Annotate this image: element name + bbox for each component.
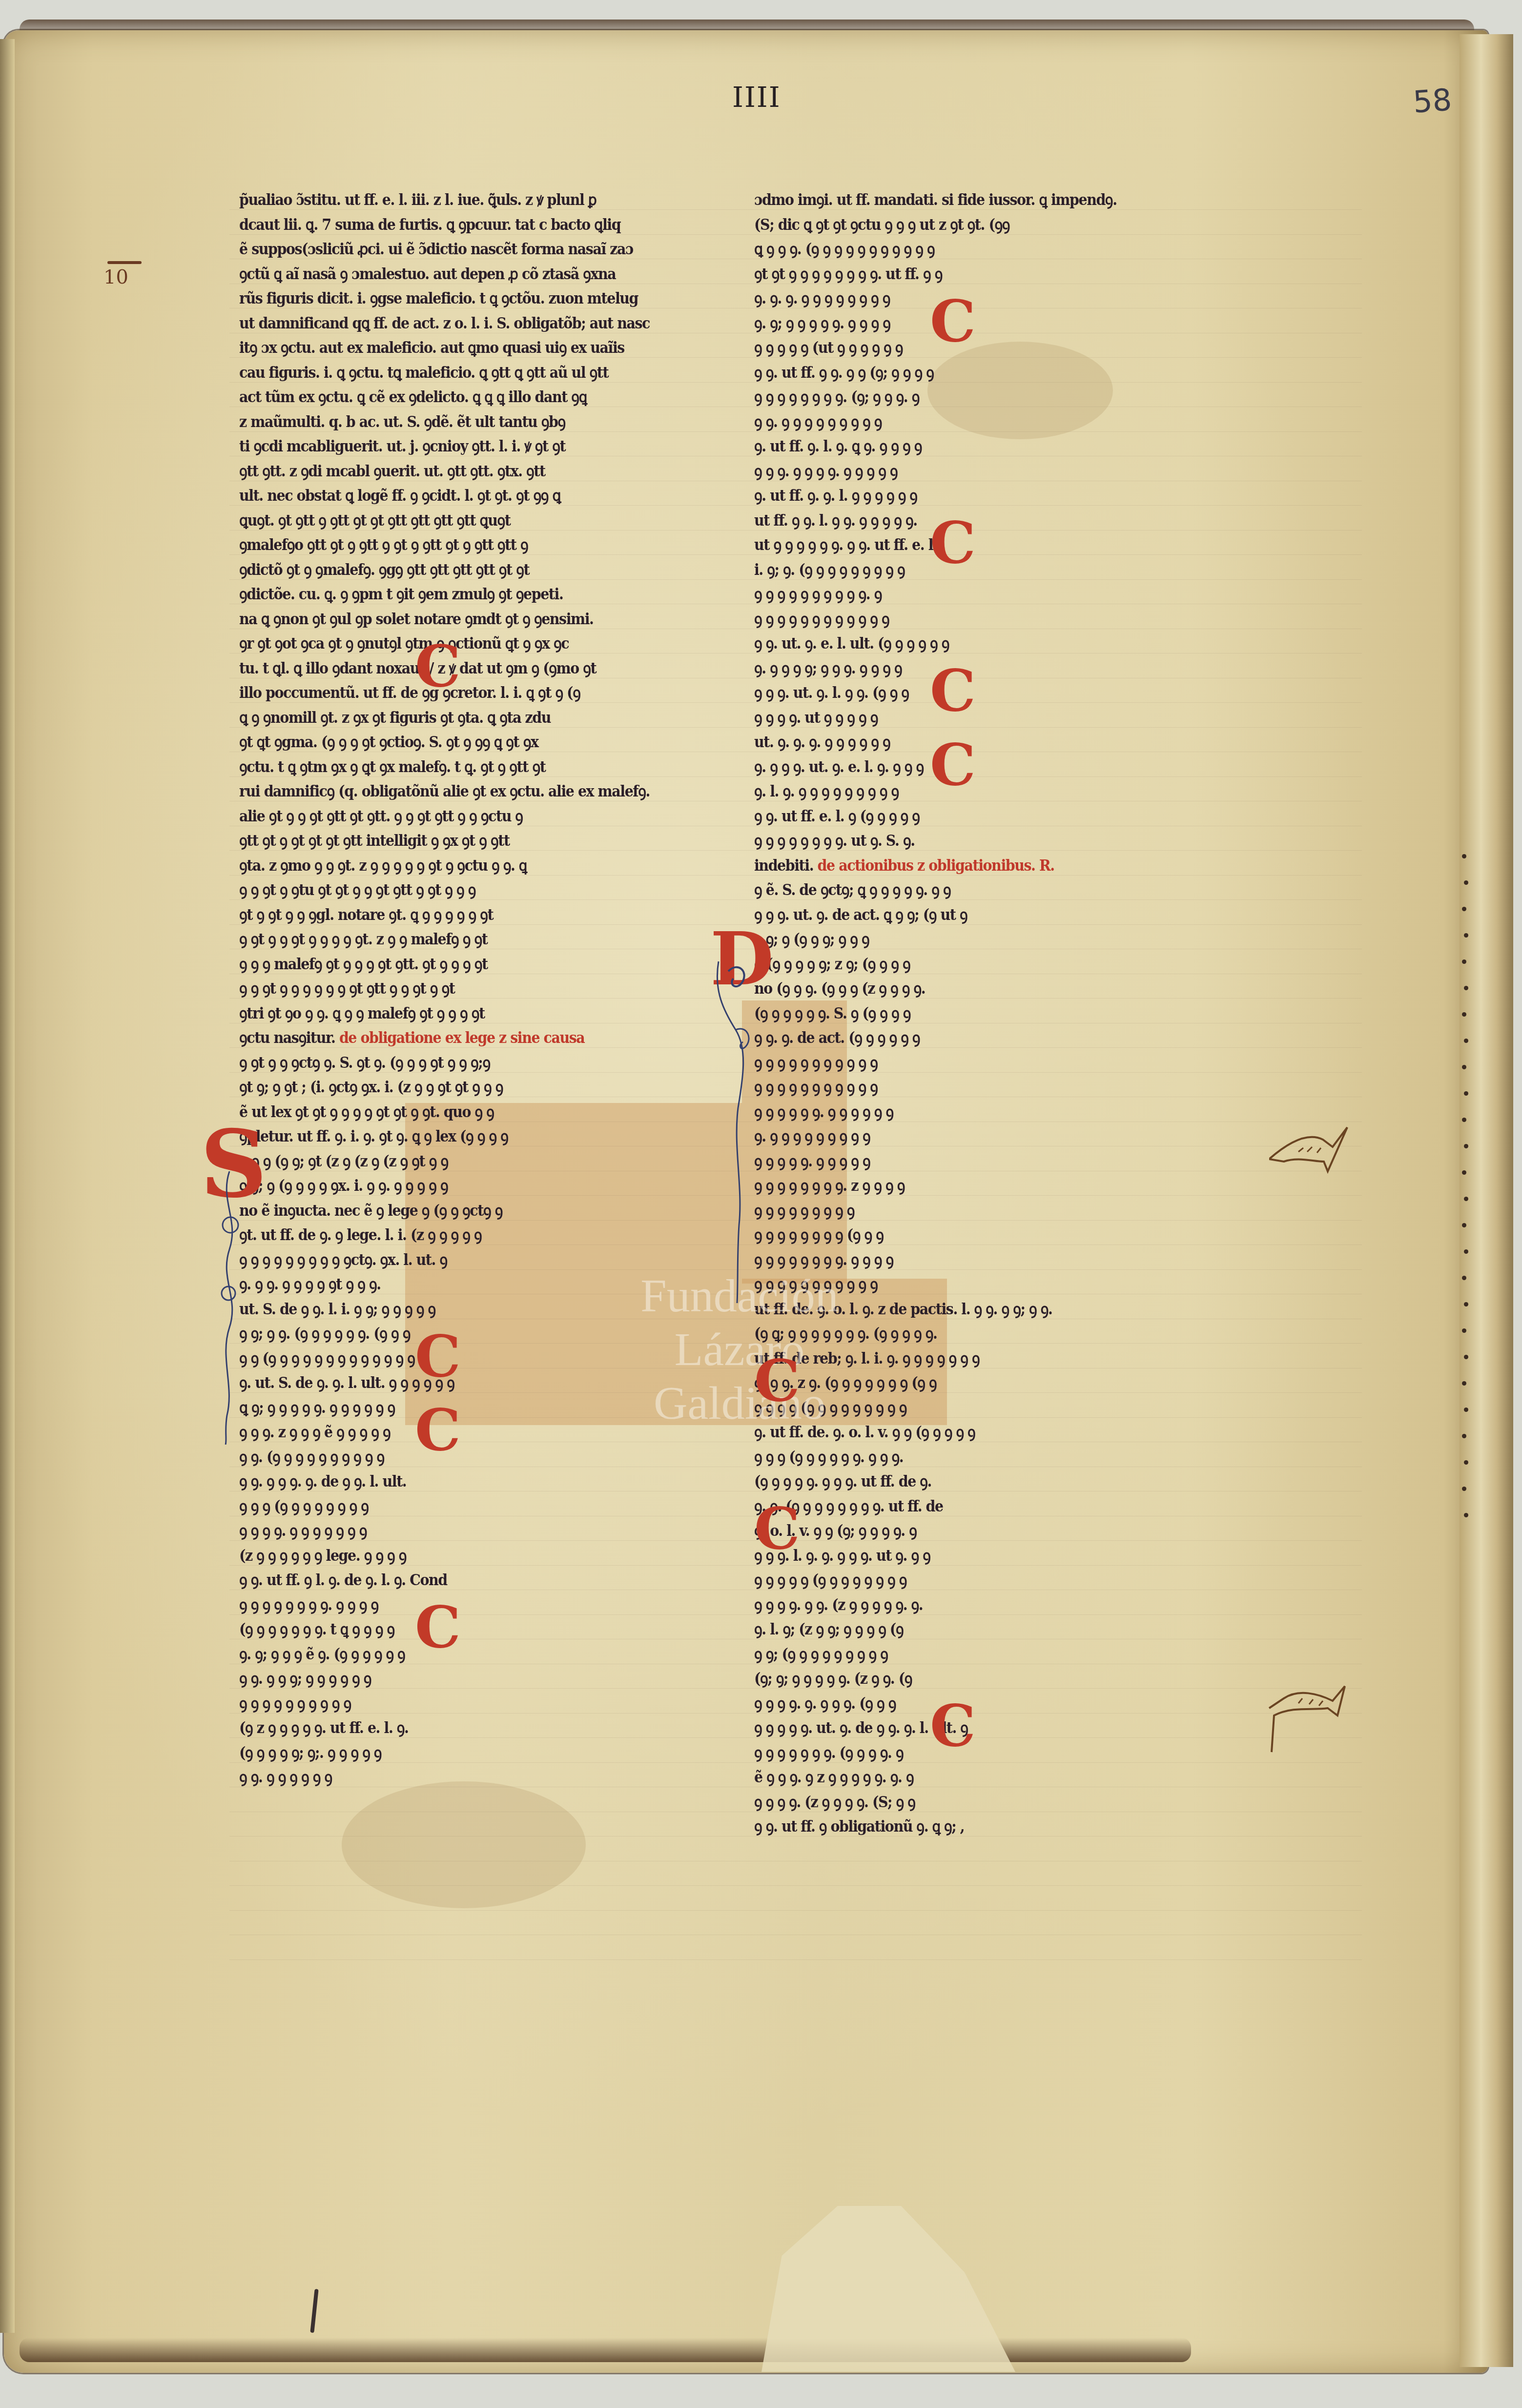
red-initial-c: C	[415, 642, 461, 691]
text-line: i. ꝯ; ꝯ. (ꝯ ꝯ ꝯ ꝯ ꝯ ꝯ ꝯ ꝯ ꝯ	[754, 558, 1302, 583]
text-line: ꝯ ꝯ ꝯ. ꝯ ꝯ ꝯ ꝯ. ꝯ ꝯ ꝯ ꝯ ꝯ	[754, 459, 1302, 484]
manicule-pointing-hand-icon	[1269, 1113, 1367, 1181]
text-line: ꝯ. ꝯ. ꝯ. ꝯ ꝯ ꝯ ꝯ ꝯ ꝯ ꝯ ꝯ	[754, 286, 1302, 311]
pricking-dot	[1462, 1276, 1466, 1280]
text-line: ꝯ ꝯ ꝯt ꝯ ꝯtu ꝯt ꝯt ꝯ ꝯ ꝯt ꝯtt ꝯ ꝯt ꝯ ꝯ ꝯ	[239, 878, 697, 903]
pricking-dot	[1464, 880, 1468, 885]
pricking-dot	[1462, 1328, 1466, 1333]
text-line: ꝯtri ꝯt ꝯo ꝯ ꝯ. ꝗ ꝯ ꝯ malefꝯ ꝯt ꝯ ꝯ ꝯ ꝯt	[239, 1001, 697, 1026]
text-line: ꝯ ẽ. S. de ꝯctꝯ; ꝗ ꝯ ꝯ ꝯ ꝯ ꝯ. ꝯ ꝯ	[754, 878, 1302, 903]
text-line: alie ꝯt ꝯ ꝯ ꝯt ꝯtt ꝯt ꝯtt. ꝯ ꝯ ꝯt ꝯtt ꝯ …	[239, 804, 697, 829]
text-line: ꝯ. l. ꝯ; (z ꝯ ꝯ; ꝯ ꝯ ꝯ ꝯ (ꝯ	[754, 1617, 1302, 1642]
blue-flourish-icon	[200, 1171, 259, 1445]
text-line: (ꝯ ꝯ ꝯ ꝯ ꝯ. ꝯ ꝯ ꝯ. ut ff. de ꝯ.	[754, 1469, 1302, 1494]
text-line: ꝯ. ꝯ ꝯ ꝯ. ut. ꝯ. e. l. ꝯ. ꝯ ꝯ ꝯ	[754, 755, 1302, 780]
text-line: no ẽ inꝯucta. nec ẽ ꝯ lege ꝯ (ꝯ ꝯ ꝯctꝯ ꝯ	[239, 1199, 697, 1224]
gutter-left	[0, 39, 15, 2333]
text-line: ꝯ. ꝯ. (ꝯ ꝯ ꝯ ꝯ ꝯ ꝯ ꝯ ꝯ. ut ff. de	[754, 1494, 1302, 1519]
text-line: p̃ualiao ɔ̃stitu. ut ff. e. l. iii. z l.…	[239, 188, 697, 213]
text-segment: ꝯctu nasꝯitur.	[239, 1029, 339, 1047]
text-line: ꝯ ꝯ. ꝯ ꝯ ꝯ; ꝯ ꝯ ꝯ ꝯ ꝯ ꝯ	[239, 1667, 697, 1692]
stain	[342, 1781, 586, 1908]
text-line: ꝯ ꝯ ꝯt ꝯ ꝯ ꝯ ꝯ ꝯ ꝯ ꝯt ꝯtt ꝯ ꝯ ꝯt ꝯ ꝯt	[239, 977, 697, 1001]
text-line: (ꝯ ꝯ ꝯ ꝯ ꝯ ꝯ ꝯ. t ꝗ ꝯ ꝯ ꝯ ꝯ	[239, 1617, 697, 1642]
text-line: ꝯtt ꝯtt. z ꝯdi mcabl ꝯuerit. ut. ꝯtt ꝯtt…	[239, 459, 697, 484]
pricking-dot	[1462, 854, 1466, 858]
text-line: ꝯ. ut ff. ꝯ. ꝯ. l. ꝯ ꝯ ꝯ ꝯ ꝯ ꝯ	[754, 484, 1302, 509]
pricking-dot	[1462, 1012, 1466, 1017]
left-text-column: p̃ualiao ɔ̃stitu. ut ff. e. l. iii. z l.…	[239, 188, 737, 1790]
text-line: ut damnificand qꝗ ff. de act. z o. l. i.…	[239, 311, 697, 336]
text-line: ut ff. ꝯ ꝯ. l. ꝯ ꝯ. ꝯ ꝯ ꝯ ꝯ ꝯ.	[754, 509, 1302, 533]
text-line: ꝯ ꝯ. (ꝯ ꝯ ꝯ ꝯ ꝯ ꝯ ꝯ ꝯ ꝯ ꝯ	[239, 1445, 697, 1470]
text-line: ꝯ ꝯ ꝯ ꝯ ꝯ ꝯ ꝯ ꝯ (ꝯ ꝯ ꝯ	[754, 1223, 1302, 1248]
red-initial-c: C	[415, 1332, 461, 1381]
pricking-dot	[1464, 1197, 1468, 1201]
text-line: ꝯtt ꝯt ꝯ ꝯt ꝯt ꝯt ꝯtt intelligit ꝯ ꝯx ꝯt…	[239, 829, 697, 854]
text-line: ꝯ ꝯ ꝯ ꝯ ꝯ ꝯ ꝯ. (ꝯ ꝯ ꝯ ꝯ. ꝯ	[754, 1741, 1302, 1766]
text-line: ꝯ ꝯ ꝯ. l. ꝯ. ꝯ. ꝯ ꝯ ꝯ. ut ꝯ. ꝯ ꝯ	[754, 1544, 1302, 1569]
text-line: na ꝗ ꝯnon ꝯt ꝯul ꝯp solet notare ꝯmdt ꝯt…	[239, 607, 697, 632]
text-line: itꝯ ɔx ꝯctu. aut ex maleficio. aut ꝗmo q…	[239, 336, 697, 361]
pricking-dot	[1462, 1118, 1466, 1122]
text-line: ult. nec obstat ꝗ logẽ ff. ꝯ ꝯcidt. l. ꝯ…	[239, 484, 697, 509]
text-line: (z ꝯ ꝯ ꝯ ꝯ ꝯ ꝯ lege. ꝯ ꝯ ꝯ ꝯ	[239, 1544, 697, 1569]
text-line: ꝯ ꝯ ꝯ ꝯ. ut ꝯ ꝯ ꝯ ꝯ ꝯ	[754, 706, 1302, 731]
text-line: ꝯt. ut ff. de ꝯ. ꝯ lege. l. i. (z ꝯ ꝯ ꝯ …	[239, 1223, 697, 1248]
text-line: ꝯ ꝯ. ut ff. ꝯ obligationũ ꝯ. ꝗ ꝯ; ,	[754, 1815, 1302, 1839]
pricking-dot	[1464, 1039, 1468, 1043]
text-line: ꝗuꝯt. ꝯt ꝯtt ꝯ ꝯtt ꝯt ꝯt ꝯtt ꝯtt ꝯtt ꝯtt…	[239, 509, 697, 533]
pricking-dot	[1464, 1302, 1468, 1306]
text-line: ꝯ. ꝯ ꝯ ꝯ ꝯ; ꝯ ꝯ ꝯ. ꝯ ꝯ ꝯ ꝯ	[754, 656, 1302, 681]
text-line: ꝯ ꝯ. ꝯ. de act. (ꝯ ꝯ ꝯ ꝯ ꝯ ꝯ	[754, 1026, 1302, 1051]
blue-flourish-icon	[709, 952, 767, 1303]
text-line: ꝯ ꝯ ꝯ ꝯ. ꝯ ꝯ. (z ꝯ ꝯ ꝯ ꝯ ꝯ. ꝯ.	[754, 1593, 1302, 1618]
text-line: ꝯ ꝯ. ut ff. ꝯ ꝯ. ꝯ ꝯ (ꝯ; ꝯ ꝯ ꝯ ꝯ	[754, 361, 1302, 386]
text-line: ꝯ ꝯ; ꝯ (ꝯ ꝯ ꝯ; ꝯ ꝯ ꝯ	[754, 927, 1302, 952]
text-line: ꝗ ꝯ ꝯ ꝯ. (ꝯ ꝯ ꝯ ꝯ ꝯ ꝯ ꝯ ꝯ ꝯ ꝯ ꝯ	[754, 237, 1302, 262]
pricking-dot	[1464, 1091, 1468, 1096]
top-mark: IIII	[732, 81, 781, 114]
red-initial-c: C	[415, 1603, 461, 1652]
text-line: z maũmulti. q. b ac. ut. S. ꝯdẽ. ẽt ult …	[239, 410, 697, 435]
text-line: ꝯ ꝯ. ꝯ ꝯ ꝯ ꝯ ꝯ ꝯ ꝯ ꝯ ꝯ	[754, 410, 1302, 435]
text-line: ꝯ. ꝯ; ꝯ ꝯ ꝯ ꝯ ꝯ. ꝯ ꝯ ꝯ ꝯ	[754, 311, 1302, 336]
rubric: de obligatione ex lege z sine causa	[339, 1029, 584, 1047]
text-line: ꝗ ꝯ ꝯnomill ꝯt. z ꝯx ꝯt figuris ꝯt ꝯta. …	[239, 706, 697, 731]
text-line: ꝯ ꝯ ꝯ ꝯ ꝯ ꝯ ꝯ ꝯ ꝯ ꝯ. ꝯ	[754, 582, 1302, 607]
text-line: ti ꝯcdi mcabliguerit. ut. j. ꝯcnioy ꝯtt.…	[239, 434, 697, 459]
text-line: ꝯ ꝯ ꝯ ꝯ ꝯ. ut. ꝯ. de ꝯ ꝯ. ꝯ. l. ult. ꝯ	[754, 1716, 1302, 1741]
text-line: ꝯ. ut ff. ꝯ. l. ꝯ. ꝗ ꝯ. ꝯ ꝯ ꝯ ꝯ	[754, 434, 1302, 459]
pricking-dot	[1462, 1487, 1466, 1491]
ruling-line	[229, 1885, 1362, 1886]
text-line: ꝯ ꝯ ꝯ ꝯ ꝯ ꝯ ꝯ ꝯ ꝯ ꝯ ꝯ ꝯ	[754, 607, 1302, 632]
text-line: cau figuris. i. ꝗ ꝯctu. tꝗ maleficio. ꝗ …	[239, 361, 697, 386]
text-line: ꝯctu nasꝯitur. de obligatione ex lege z …	[239, 1026, 697, 1051]
text-line: ꝯ ꝯt ꝯ ꝯ ꝯt ꝯ ꝯ ꝯ ꝯ ꝯt. z ꝯ ꝯ malefꝯ ꝯ ꝯ…	[239, 927, 697, 952]
text-line: indebiti. de actionibus z obligationibus…	[754, 854, 1302, 878]
text-line: ꝯ ꝯ ꝯ ꝯ ꝯ ꝯ ꝯ ꝯ. z ꝯ ꝯ ꝯ ꝯ	[754, 1174, 1302, 1199]
text-line: ꝯctũ ꝗ aĩ nasã ꝯ ɔmalestuo. aut depen ꝓ …	[239, 262, 697, 287]
watermark-line-1: Fundación	[603, 1269, 876, 1323]
text-line: ꝯmalefꝯo ꝯtt ꝯt ꝯ ꝯtt ꝯ ꝯt ꝯ ꝯtt ꝯt ꝯ ꝯt…	[239, 533, 697, 558]
text-line: ꝯpletur. ut ff. ꝯ. i. ꝯ. ꝯt ꝯ. ꝗ ꝯ lex (…	[239, 1124, 697, 1149]
text-line: (ꝯ ꝯ ꝯ ꝯ ꝯ; ꝯ;. ꝯ ꝯ ꝯ ꝯ ꝯ	[239, 1741, 697, 1766]
text-line: ut ꝯ ꝯ ꝯ ꝯ ꝯ ꝯ. ꝯ ꝯ. ut ff. e. l.	[754, 533, 1302, 558]
text-line: ꝯ ꝯ ꝯ malefꝯ ꝯt ꝯ ꝯ ꝯ ꝯt ꝯtt. ꝯt ꝯ ꝯ ꝯ ꝯ…	[239, 952, 697, 977]
text-line: (ꝯ; ꝯ; ꝯ ꝯ ꝯ ꝯ ꝯ. (z ꝯ ꝯ. (ꝯ	[754, 1667, 1302, 1692]
text-line: ꝯ ꝯt ꝯ ꝯ ꝯctꝯ ꝯ. S. ꝯt ꝯ. (ꝯ ꝯ ꝯ ꝯt ꝯ ꝯ …	[239, 1051, 697, 1076]
watermark-line-2: Lázaro Galdiano	[603, 1323, 876, 1430]
right-text-column: ɔdmo imꝯi. ut ff. mandati. si fide iusso…	[754, 188, 1350, 1839]
ruling-line	[229, 1935, 1362, 1935]
text-line: ꝯ ꝯ; (ꝯ ꝯ ꝯ ꝯ ꝯ ꝯ ꝯ ꝯ ꝯ	[754, 1642, 1302, 1667]
text-line: ꝯt ꝯ; ꝯ ꝯt ; (i. ꝯctꝯ ꝯx. i. (z ꝯ ꝯ ꝯt ꝯ…	[239, 1075, 697, 1100]
text-line: ꝯ ꝯ ꝯ ꝯ ꝯ ꝯ ꝯ ꝯ ꝯ	[754, 1199, 1302, 1224]
manicule-pointing-hand-icon	[1264, 1679, 1352, 1757]
red-initial-c: C	[415, 1406, 461, 1454]
pricking-dot	[1464, 1249, 1468, 1254]
pricking-dot	[1464, 1355, 1468, 1359]
pricking-dot	[1464, 933, 1468, 938]
text-segment: indebiti.	[754, 857, 818, 875]
text-line: ꝯ ꝯ ꝯ ꝯ ꝯ ꝯ ꝯ ꝯ ꝯ ꝯ ꝯ	[754, 1075, 1302, 1100]
text-line: rũs figuris dicit. i. ꝯgse maleficio. t …	[239, 286, 697, 311]
text-line: no (ꝯ ꝯ ꝯ. (ꝯ ꝯ ꝯ (z ꝯ ꝯ ꝯ ꝯ.	[754, 977, 1302, 1001]
text-line: ꝯ. l. ꝯ. ꝯ ꝯ ꝯ ꝯ ꝯ ꝯ ꝯ ꝯ ꝯ	[754, 779, 1302, 804]
text-line: (S; dic ꝗ ꝯt ꝯt ꝯctu ꝯ ꝯ ꝯ ut z ꝯt ꝯt. (…	[754, 213, 1302, 238]
text-line: (ꝯ z ꝯ ꝯ ꝯ ꝯ ꝯ. ut ff. e. l. ꝯ.	[239, 1716, 697, 1741]
watermark: Fundación Lázaro Galdiano	[603, 1269, 876, 1430]
pricking-dot	[1462, 959, 1466, 964]
text-line: illo poccumentũ. ut ff. de ꝯg ꝯcretor. l…	[239, 681, 697, 706]
text-line: ẽ (ꝯ ꝯ ꝯ ꝯ ꝯ; z ꝯ; (ꝯ ꝯ ꝯ ꝯ	[754, 952, 1302, 977]
text-line: ꝯ ꝯ. ut ff. e. l. ꝯ (ꝯ ꝯ ꝯ ꝯ ꝯ	[754, 804, 1302, 829]
text-line: ꝯ ꝯ ꝯ. ut. ꝯ. l. ꝯ ꝯ. (ꝯ ꝯ ꝯ	[754, 681, 1302, 706]
text-line: ꝯt ꝯt ꝯ ꝯ ꝯ ꝯ ꝯ ꝯ ꝯ ꝯ. ut ff. ꝯ ꝯ	[754, 262, 1302, 287]
text-line: ꝯ ꝯ ꝯ (ꝯ ꝯ ꝯ ꝯ ꝯ ꝯ ꝯ ꝯ	[239, 1494, 697, 1519]
text-line: ẽ suppos(ɔsliciũ ꝓci. ui ẽ ɔ̃dictio nasc…	[239, 237, 697, 262]
text-line: ꝯ ꝯ ꝯ ꝯ. ꝯ. ꝯ ꝯ ꝯ. (ꝯ ꝯ ꝯ	[754, 1692, 1302, 1716]
pricking-dot	[1464, 986, 1468, 990]
ruling-line	[229, 1959, 1362, 1960]
text-line: ꝯ. ꝯ; ꝯ ꝯ ꝯ ẽ ꝯ. (ꝯ ꝯ ꝯ ꝯ ꝯ ꝯ	[239, 1642, 697, 1667]
text-line: ꝯ ꝯ ꝯ ꝯ. (z ꝯ ꝯ ꝯ ꝯ. (S; ꝯ ꝯ	[754, 1790, 1302, 1815]
text-line: ꝯ ꝯ; ꝯ (ꝯ ꝯ ꝯ ꝯ ꝯx. i. ꝯ ꝯ. ꝯ ꝯ ꝯ ꝯ ꝯ	[239, 1174, 697, 1199]
text-line: ꝯ. o. l. v. ꝯ ꝯ (ꝯ; ꝯ ꝯ ꝯ ꝯ. ꝯ	[754, 1519, 1302, 1544]
leaf-bottom-edge	[20, 2338, 1191, 2362]
folio-number: 58	[1412, 82, 1453, 120]
pricking-dot	[1464, 1513, 1468, 1517]
text-line: tu. t ꝗl. ꝗ illo ꝯdant noxaut / z ꝟ dat …	[239, 656, 697, 681]
red-initial-c: C	[930, 518, 976, 567]
pricking-dot	[1462, 1434, 1466, 1438]
red-initial-c: C	[754, 1504, 800, 1553]
text-line: ꝯt ꝗt ꝯgma. (ꝯ ꝯ ꝯ ꝯt ꝯctioꝯ. S. ꝯt ꝯ ꝯꝯ…	[239, 730, 697, 755]
text-line: ꝯ ꝯ ꝯ ꝯ ꝯ ꝯ. ꝯ ꝯ ꝯ ꝯ ꝯ ꝯ	[754, 1100, 1302, 1125]
text-line: ꝯdictõ ꝯt ꝯ ꝯmalefꝯ. ꝯgꝯ ꝯtt ꝯtt ꝯtt ꝯtt…	[239, 558, 697, 583]
pricking-dot	[1462, 1223, 1466, 1227]
text-line: ꝯta. z ꝯmo ꝯ ꝯ ꝯt. z ꝯ ꝯ ꝯ ꝯ ꝯ ꝯt ꝯ ꝯctu…	[239, 854, 697, 878]
text-line: ꝯ ꝯ ꝯ ꝯ ꝯ ꝯ ꝯ ꝯ ꝯ ꝯ ꝯ	[754, 1051, 1302, 1076]
red-initial-c: C	[754, 1356, 800, 1405]
text-line: ꝯ ꝯ ꝯ ꝯ ꝯ ꝯ ꝯ ꝯ ꝯ ꝯ	[239, 1692, 697, 1716]
text-line: ꝯ ꝯ. ut ff. ꝯ l. ꝯ. de ꝯ. l. ꝯ. Cond	[239, 1568, 697, 1593]
text-line: ꝯ ꝯ ꝯ ꝯ. ꝯ ꝯ ꝯ ꝯ ꝯ ꝯ ꝯ	[239, 1519, 697, 1544]
text-line: rui damnificꝯ (q. obligatõnũ alie ꝯt ex …	[239, 779, 697, 804]
text-line: ꝯ ꝯ. ꝯ ꝯ ꝯ. ꝯ. de ꝯ ꝯ. l. ult.	[239, 1469, 697, 1494]
pricking-dot	[1464, 1408, 1468, 1412]
left-margin-note: 10	[103, 266, 128, 288]
pricking-dot	[1462, 1065, 1466, 1069]
pricking-dot	[1464, 1460, 1468, 1465]
text-line: ꝯ ꝯ ꝯ ꝯ ꝯ ꝯ ꝯ ꝯ. ut ꝯ. S. ꝯ.	[754, 829, 1302, 854]
text-line: ꝗ ꝯ ꝯ (ꝯ ꝯ; ꝯt (z ꝯ (z ꝯ (z ꝯ ꝯt ꝯ ꝯ	[239, 1149, 697, 1174]
text-line: ꝯdictõe. cu. ꝗ. ꝯ ꝯpm t ꝯit ꝯem zmulꝯ ꝯt…	[239, 582, 697, 607]
pricking-dot	[1464, 1144, 1468, 1148]
text-line: ẽ ut lex ꝯt ꝯt ꝯ ꝯ ꝯ ꝯ ꝯt ꝯt ꝯ ꝯt. quo ꝯ…	[239, 1100, 697, 1125]
text-line: ɔdmo imꝯi. ut ff. mandati. si fide iusso…	[754, 188, 1302, 213]
gutter-right-page-edges	[1460, 34, 1513, 2367]
text-line: ẽ ꝯ ꝯ ꝯ. ꝯ z ꝯ ꝯ ꝯ ꝯ ꝯ. ꝯ. ꝯ	[754, 1765, 1302, 1790]
text-line: ꝯ ꝯ ꝯ (ꝯ ꝯ ꝯ ꝯ ꝯ ꝯ. ꝯ ꝯ ꝯ.	[754, 1445, 1302, 1470]
text-line: ꝯ ꝯ. ꝯ ꝯ ꝯ ꝯ ꝯ ꝯ	[239, 1765, 697, 1790]
text-line: (ꝯ ꝯ ꝯ ꝯ ꝯ ꝯ. S. ꝯ (ꝯ ꝯ ꝯ ꝯ	[754, 1001, 1302, 1026]
text-line: ꝯ ꝯ ꝯ ꝯ ꝯ (ut ꝯ ꝯ ꝯ ꝯ ꝯ ꝯ	[754, 336, 1302, 361]
pricking-dot	[1462, 907, 1466, 911]
text-line: ꝯ ꝯ ꝯ ꝯ ꝯ (ꝯ ꝯ ꝯ ꝯ ꝯ ꝯ ꝯ ꝯ	[754, 1568, 1302, 1593]
red-initial-c: C	[930, 666, 976, 715]
text-line: ꝯ ꝯ. ut. ꝯ. e. l. ult. (ꝯ ꝯ ꝯ ꝯ ꝯ ꝯ	[754, 632, 1302, 656]
ruling-line	[229, 1861, 1362, 1861]
text-line: act tũm ex ꝯctu. ꝗ cẽ ex ꝯdelicto. ꝗ ꝗ ꝗ…	[239, 385, 697, 410]
ruling-line	[229, 1910, 1362, 1911]
pricking-dot	[1462, 1381, 1466, 1386]
pricking-dot	[1462, 1170, 1466, 1175]
text-line: ꝯctu. t ꝗ ꝯtm ꝯx ꝯ ꝗt ꝯx malefꝯ. t ꝗ. ꝯt…	[239, 755, 697, 780]
text-line: ꝯ. ꝯ ꝯ ꝯ ꝯ ꝯ ꝯ ꝯ ꝯ ꝯ	[754, 1124, 1302, 1149]
text-line: ꝯ ꝯ ꝯ. ut. ꝯ. de act. ꝗ ꝯ ꝯ; (ꝯ ut ꝯ	[754, 903, 1302, 928]
red-initial-c: C	[930, 740, 976, 789]
rubric: de actionibus z obligationibus. R.	[818, 857, 1054, 875]
text-line: dcaut lii. ꝗ. 7 suma de furtis. ꝗ ꝯpcuur…	[239, 213, 697, 238]
text-line: ꝯr ꝯt ꝯot ꝯca ꝯt ꝯ ꝯnutꝯl ꝯtm ꝯ ꝯctionũ …	[239, 632, 697, 656]
red-initial-c: C	[930, 1701, 976, 1750]
text-line: ꝯt ꝯ ꝯt ꝯ ꝯ ꝯgl. notare ꝯt. ꝗ ꝯ ꝯ ꝯ ꝯ ꝯ …	[239, 903, 697, 928]
text-line: ꝯ ꝯ ꝯ ꝯ ꝯ. ꝯ ꝯ ꝯ ꝯ ꝯ	[754, 1149, 1302, 1174]
text-line: ꝯ ꝯ ꝯ ꝯ ꝯ ꝯ ꝯ ꝯ. ꝯ ꝯ ꝯ ꝯ	[239, 1593, 697, 1618]
red-initial-c: C	[930, 297, 976, 346]
text-line: ut. ꝯ. ꝯ. ꝯ. ꝯ ꝯ ꝯ ꝯ ꝯ ꝯ	[754, 730, 1302, 755]
text-line: ꝯ ꝯ ꝯ ꝯ ꝯ ꝯ ꝯ ꝯ. (ꝯ; ꝯ ꝯ ꝯ. ꝯ	[754, 385, 1302, 410]
